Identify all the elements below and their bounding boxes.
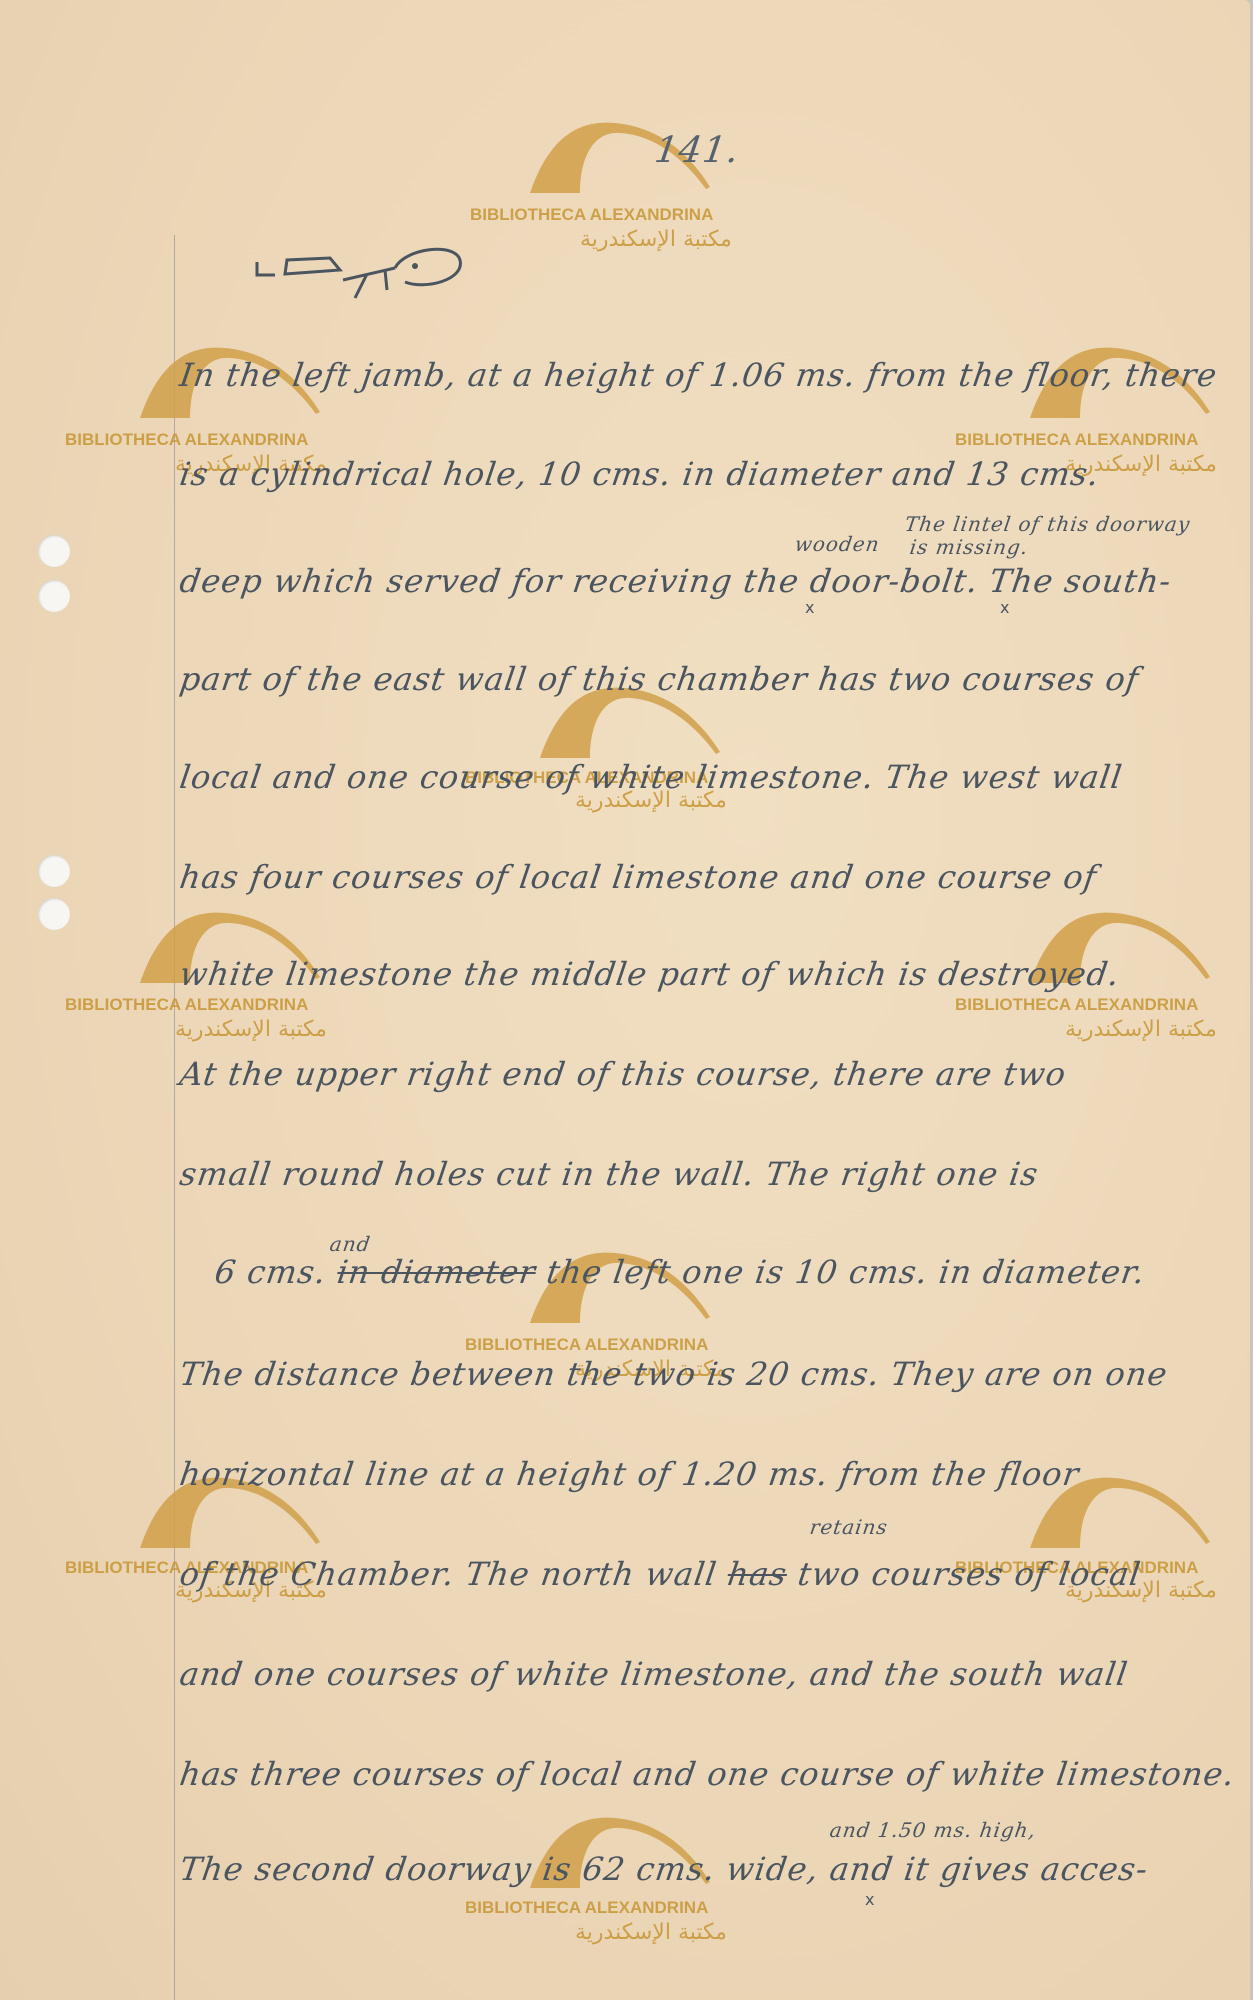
watermark-english: BIBLIOTHECA ALEXANDRINA [65, 430, 308, 450]
line-segment: two courses of local [796, 1555, 1144, 1593]
text-line: In the left jamb, at a height of 1.06 ms… [177, 356, 1220, 394]
hieroglyph-sketch-icon [255, 240, 515, 310]
watermark-english: BIBLIOTHECA ALEXANDRINA [465, 1335, 708, 1355]
text-line: At the upper right end of this course, t… [177, 1055, 1069, 1093]
watermark-english: BIBLIOTHECA ALEXANDRINA [470, 205, 713, 225]
text-line: and one courses of white limestone, and … [177, 1655, 1130, 1693]
watermark-english: BIBLIOTHECA ALEXANDRINA [65, 995, 308, 1015]
watermark-arabic: مكتبة الإسكندرية [175, 1017, 327, 1042]
watermark-english: BIBLIOTHECA ALEXANDRINA [955, 995, 1198, 1015]
insertion-note: and 1.50 ms. high, [828, 1818, 1037, 1842]
insertion-word: wooden [793, 532, 881, 556]
text-line: of the Chamber. The north wall has two c… [177, 1555, 1143, 1593]
insertion-note: is missing. [908, 535, 1030, 559]
text-line: part of the east wall of this chamber ha… [177, 660, 1141, 698]
watermark-arabic: مكتبة الإسكندرية [575, 1920, 727, 1945]
insertion-note: The lintel of this doorway [903, 512, 1192, 536]
text-line: is a cylindrical hole, 10 cms. in diamet… [177, 455, 1102, 493]
text-line: horizontal line at a height of 1.20 ms. … [177, 1455, 1081, 1493]
punch-hole [38, 898, 70, 930]
line-segment: 6 cms. [212, 1253, 329, 1291]
punch-hole [38, 580, 70, 612]
struck-text: in diameter [335, 1253, 539, 1291]
caret-mark: x [1000, 598, 1009, 617]
insertion-word: retains [808, 1515, 889, 1539]
line-segment: of the Chamber. The north wall [177, 1555, 719, 1593]
text-line: white limestone the middle part of which… [177, 955, 1122, 993]
text-line: has four courses of local limestone and … [177, 858, 1099, 896]
text-line: deep which served for receiving the door… [177, 562, 1174, 600]
margin-rule [174, 235, 175, 2000]
caret-mark: x [805, 598, 814, 617]
text-line: The distance between the two is 20 cms. … [177, 1355, 1170, 1393]
text-line: small round holes cut in the wall. The r… [177, 1155, 1041, 1193]
watermark-english: BIBLIOTHECA ALEXANDRINA [955, 430, 1198, 450]
text-line: 6 cms. in diameter the left one is 10 cm… [212, 1253, 1147, 1291]
watermark-english: BIBLIOTHECA ALEXANDRINA [465, 1898, 708, 1918]
document-page: BIBLIOTHECA ALEXANDRINA مكتبة الإسكندرية… [0, 0, 1250, 2000]
page-number: 141. [652, 130, 742, 171]
text-line: has three courses of local and one cours… [177, 1755, 1237, 1793]
punch-hole [38, 535, 70, 567]
watermark-arabic: مكتبة الإسكندرية [1065, 1017, 1217, 1042]
text-line: local and one course of white limestone.… [177, 758, 1125, 796]
watermark-arabic: مكتبة الإسكندرية [580, 227, 732, 252]
caret-mark: x [865, 1890, 874, 1909]
struck-text: has [725, 1555, 789, 1593]
punch-hole [38, 855, 70, 887]
line-segment: the left one is 10 cms. in diameter. [544, 1253, 1148, 1291]
text-line: The second doorway is 62 cms. wide, and … [177, 1850, 1150, 1888]
